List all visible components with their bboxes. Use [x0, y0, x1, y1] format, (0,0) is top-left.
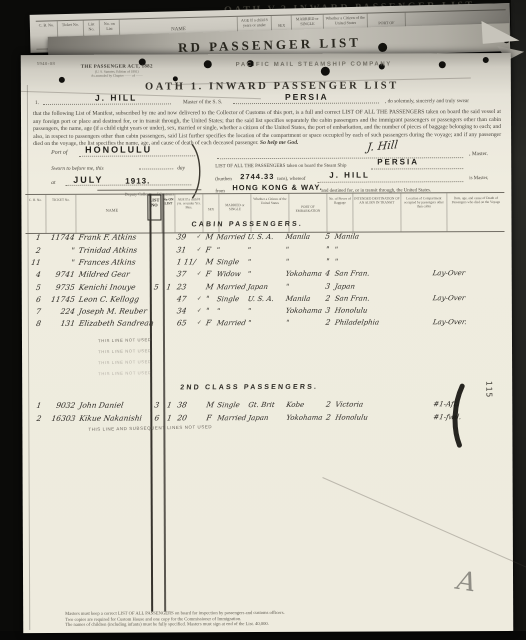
cell-citizen: " [247, 268, 286, 280]
cell-citizen: U. S. A. [247, 293, 286, 305]
cell-age: 34 [176, 305, 198, 317]
cell-port: Manila [285, 293, 323, 305]
cell-married: Married [216, 412, 248, 424]
cell-line-no: 1 [27, 400, 42, 412]
cell-baggage: 2 [322, 399, 334, 411]
cell-name: Frank F. Atkins [78, 231, 158, 243]
cell-married: " [216, 244, 248, 256]
header-destination: INTENDED DESTINATION OF AN ALIEN IN TRAN… [352, 193, 400, 231]
cell-sex: M [205, 281, 217, 293]
cell-checkmark: ✓ [197, 231, 205, 243]
cell-sex: M [205, 231, 217, 243]
cell-name: Frances Atkins [78, 256, 158, 268]
cabin-row: 4 9741 Mildred Gear 37 ✓ F Widow " Yokoh… [26, 267, 506, 281]
header-ch-no: C. H. No. [25, 195, 45, 233]
cell-destination: Philadelphia [334, 316, 398, 328]
cell-ticket: " [42, 257, 76, 269]
cell-citizen: Japan [247, 281, 286, 293]
cell-checkmark: ✓ [197, 305, 205, 317]
cell-married: Married [216, 231, 248, 243]
cell-destination: San Fran. [334, 292, 398, 304]
ink-spot [483, 57, 489, 63]
cell-sex: M [205, 256, 217, 268]
cell-citizen: Japan [247, 412, 286, 424]
passenger-act-subline: As amended by Chapter —— of —— [61, 73, 173, 77]
cell-note: Lay-Over. [432, 316, 492, 328]
cell-no-on-list: 1 [163, 399, 175, 411]
cell-age: 1 11/ [176, 256, 198, 268]
day-label: day [177, 165, 185, 171]
cell-port: Yokohama [285, 268, 323, 280]
tons-whereof-label: tons), whereof [277, 177, 305, 182]
footer-notes: Masters must keep a correct LIST OF ALL … [65, 610, 375, 628]
punch-hole [321, 67, 330, 76]
cell-name: John Daniel [78, 399, 158, 411]
cell-married: Single [216, 399, 248, 411]
line-not-used-stamp: THIS LINE NOT USED [98, 337, 152, 343]
cell-port: Manila [285, 231, 323, 243]
cell-name: Trinidad Atkins [78, 244, 158, 256]
cell-age: 37 [176, 268, 198, 280]
crease-line [322, 477, 526, 571]
cell-baggage: 5 [322, 231, 334, 243]
scanned-passenger-list-photo: { "top_strips": { "ghost_title": "OATH V… [0, 0, 526, 640]
cell-destination: Honolulu [334, 411, 398, 423]
cell-line-no: 8 [27, 318, 42, 330]
oath-opening-line: 1. J. HILL Master of the S. S. PERSIA , … [33, 95, 501, 108]
handwritten-letter-a: A [455, 566, 478, 599]
cell-age: 38 [176, 399, 198, 411]
cell-citizen: " [247, 305, 286, 317]
cell-ticket: 9735 [42, 282, 76, 294]
cell-checkmark: ✓ [197, 317, 205, 329]
footer-note-line: The names of children (including infants… [65, 621, 375, 628]
ship-name-handwritten: PERSIA [285, 92, 329, 102]
cell-checkmark: ✓ [197, 293, 205, 305]
cell-destination: Japan [334, 280, 398, 292]
cell-baggage: 2 [322, 317, 334, 329]
cell-age: 31 [176, 244, 198, 256]
cell-name: Kikue Nakanishi [78, 412, 158, 424]
cell-destination: Victoria [334, 398, 398, 410]
from-value-handwritten: HONG KONG & WAY. [232, 183, 322, 192]
cell-ticket: " [42, 245, 76, 257]
cell-destination: San Fran. [334, 267, 398, 279]
cell-name: Joseph M. Reuber [78, 305, 158, 317]
dotted-rule [139, 159, 173, 169]
cell-baggage: 3 [322, 305, 334, 317]
header-compartment: Location of Compartment occupied by pass… [400, 193, 446, 231]
cell-no-on-list: 1 [163, 281, 175, 293]
cell-port: " [285, 244, 323, 256]
cell-sex: F [205, 268, 217, 280]
cell-destination: " [334, 255, 398, 267]
document-title: OATH 1. INWARD PASSENGER LIST [79, 80, 465, 93]
cell-ticket: 224 [42, 306, 76, 318]
master-name-handwritten: J. HILL [95, 93, 137, 103]
cabin-row: 8 131 Elizabeth Sandrean 65 ✓ F Married … [26, 316, 506, 330]
port-value-handwritten: HONOLULU [85, 144, 152, 154]
cell-married: Widow [216, 268, 248, 280]
second-class-heading: 2ND CLASS PASSENGERS. [180, 384, 318, 392]
cell-married: Single [216, 293, 248, 305]
cell-list-no: 3 [149, 399, 164, 411]
header-ticket-no: TICKET No. [45, 195, 75, 233]
dotted-rule [217, 148, 463, 159]
list-of-passengers-text: LIST OF ALL THE PASSENGERS taken on boar… [215, 164, 346, 170]
cell-baggage: 4 [322, 268, 334, 280]
oath-paragraph: that the following List of Manifest, sub… [33, 109, 501, 149]
cell-married: Married [216, 317, 248, 329]
form-number: 5940-08 [37, 61, 56, 66]
cell-age: 39 [176, 231, 198, 243]
header-baggage: No. of Pieces of Baggage [326, 194, 352, 232]
line-not-used-stamp: THIS LINE NOT USED [98, 370, 152, 376]
main-document-paper: 5940-08 THE PASSENGER ACT, 1882 (U. S. S… [21, 53, 514, 633]
cell-note: Lay-Over [432, 267, 492, 279]
cell-line-no: 7 [27, 306, 42, 318]
cell-name: Leon C. Kellogg [78, 293, 158, 305]
cell-citizen: Gt. Brit [247, 399, 286, 411]
cell-port: " [285, 256, 323, 268]
ink-blot [378, 43, 387, 52]
cell-line-no: 11 [27, 257, 42, 269]
cell-line-no: 5 [27, 282, 42, 294]
cell-ticket: 9741 [42, 269, 76, 281]
cell-port: " [285, 281, 323, 293]
archive-page-number: 115 [484, 381, 493, 398]
cell-sex: M [205, 399, 217, 411]
master-suffix-label: , Master. [469, 151, 488, 157]
cell-citizen: " [247, 317, 286, 329]
cell-citizen: " [247, 244, 286, 256]
cell-ticket: 11744 [42, 232, 76, 244]
cell-baggage: " [322, 244, 334, 256]
cell-age: 20 [176, 412, 198, 424]
cell-port: Yokohama [285, 305, 323, 317]
cell-line-no: 2 [27, 245, 42, 257]
ink-brush-stroke [450, 383, 466, 449]
cell-citizen: " [247, 256, 286, 268]
cell-name: Mildred Gear [78, 268, 158, 280]
at-label: at [51, 180, 55, 186]
so-help-me-god-text: So help me God. [260, 140, 299, 146]
sworn-before-me-text: Sworn to before me, this [51, 166, 103, 172]
cell-name: Elizabeth Sandrean [78, 317, 158, 329]
cell-name: Kenichi Inouye [78, 281, 158, 293]
is-master-label: is Master, [469, 176, 488, 181]
cell-ticket: 9032 [42, 400, 76, 412]
burthen-label: (burthen [215, 177, 232, 182]
cell-port: Yokohama [285, 412, 323, 424]
oath-line-number: 1. [35, 100, 39, 106]
steamship-company-name: PACIFIC MAIL STEAMSHIP COMPANY [209, 61, 419, 68]
master-value-handwritten: J. HILL [329, 171, 370, 180]
cell-sex: F [205, 412, 217, 424]
cell-list-no: 6 [149, 412, 164, 424]
line-not-used-stamp: THIS LINE NOT USED [98, 359, 152, 365]
year-value-handwritten: 1913. [125, 177, 150, 186]
paper-fold-line [27, 85, 30, 630]
cell-baggage: 2 [322, 412, 334, 424]
photo-dark-right-edge [511, 0, 526, 640]
second-class-row: 1 9032 John Daniel 3 1 38 M Single Gt. B… [26, 398, 506, 412]
cell-checkmark: ✓ [197, 268, 205, 280]
cell-citizen: U. S. A. [247, 231, 286, 243]
cabin-row: 1 11744 Frank F. Atkins 39 ✓ M Married U… [26, 230, 506, 244]
cell-line-no: 4 [27, 269, 42, 281]
cell-note: Lay-Over [432, 292, 492, 304]
cell-married: " [216, 305, 248, 317]
cell-age: 23 [176, 281, 198, 293]
passenger-act-block: THE PASSENGER ACT, 1882 (U. S. Statutes,… [61, 64, 173, 77]
cell-baggage: 2 [322, 293, 334, 305]
cell-line-no: 1 [27, 232, 42, 244]
cabin-passengers-heading: CABIN PASSENGERS. [191, 221, 303, 228]
oath-master-of-text: Master of the S. S. [183, 99, 222, 105]
cell-port: Kobe [285, 399, 323, 411]
cell-checkmark: ✓ [197, 244, 205, 256]
cell-sex: " [205, 293, 217, 305]
cell-baggage: 3 [322, 281, 334, 293]
cell-age: 47 [176, 293, 198, 305]
cell-ticket: 131 [42, 318, 76, 330]
month-value-handwritten: JULY [73, 175, 103, 185]
second-class-row: 2 16303 Kikue Nakanishi 6 1 20 F Married… [26, 411, 506, 425]
cell-line-no: 2 [27, 413, 42, 425]
cell-sex: " [205, 305, 217, 317]
cell-married: Single [216, 256, 248, 268]
cell-line-no: 6 [27, 294, 42, 306]
header-name: NAME [75, 195, 147, 233]
port-of-label: Port of [51, 150, 67, 156]
punch-hole [439, 61, 446, 68]
cell-married: Married [216, 281, 248, 293]
cell-baggage: " [322, 256, 334, 268]
cell-sex: F [205, 317, 217, 329]
oath-swear-text: , do solemnly, sincerely and truly swear [385, 98, 469, 104]
cell-ticket: 11745 [42, 294, 76, 306]
cell-sex: F [205, 244, 217, 256]
line-not-used-stamp: THIS LINE NOT USED [98, 348, 152, 354]
cell-no-on-list: 1 [163, 412, 175, 424]
cell-destination: Honolulu [334, 304, 398, 316]
header-death: Date, age, and cause of Death of Passeng… [446, 193, 504, 231]
cell-list-no: 5 [149, 281, 164, 293]
cell-destination: Manila [334, 230, 398, 242]
cell-ticket: 16303 [42, 413, 76, 425]
tons-value-handwritten: 2744.33 [240, 172, 274, 181]
cell-port: " [285, 317, 323, 329]
ship-value-handwritten: PERSIA [377, 157, 419, 166]
cell-destination: " [334, 243, 398, 255]
cell-age: 65 [176, 317, 198, 329]
